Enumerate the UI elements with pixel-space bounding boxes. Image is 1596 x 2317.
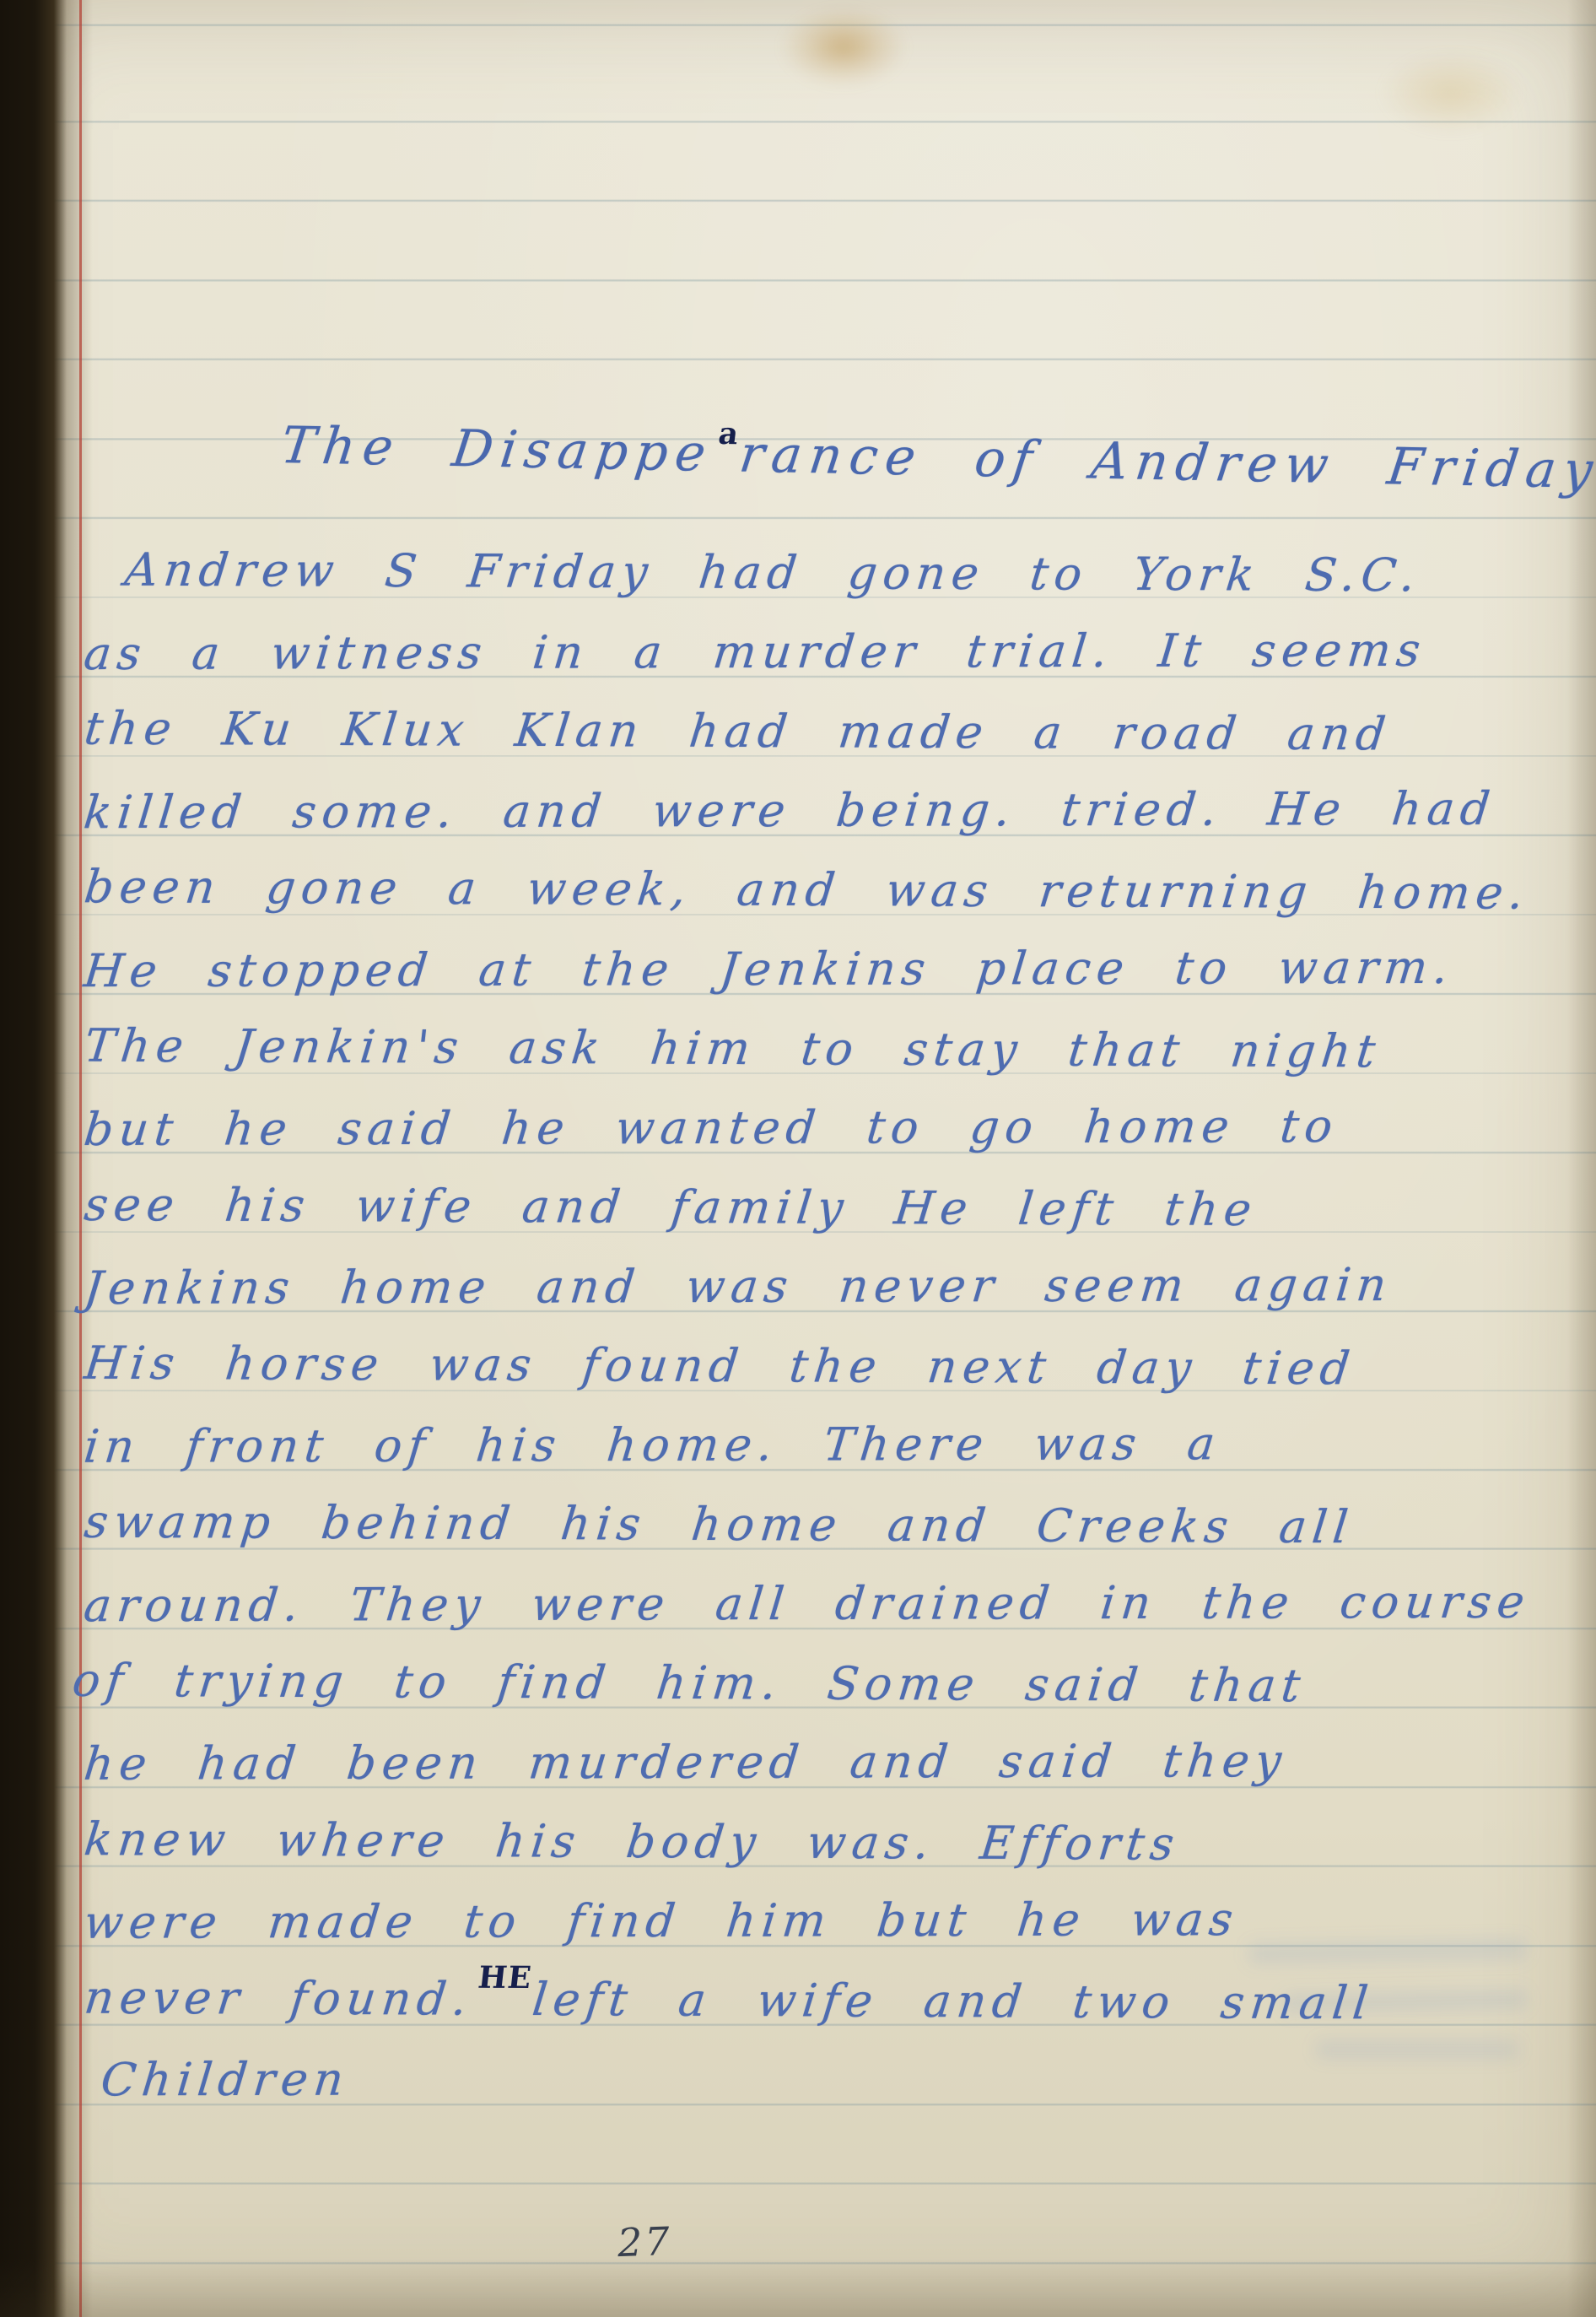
handwritten-line: Children (99, 2057, 351, 2104)
handwritten-line: He stopped at the Jenkins place to warm. (82, 945, 1456, 994)
red-margin-line (79, 0, 82, 2317)
handwritten-line: killed some. and were being. tried. He h… (82, 786, 1498, 835)
handwriting-segment: He stopped at the Jenkins place to warm. (82, 941, 1457, 997)
handwritten-line: in front of his home. There was a (82, 1421, 1223, 1470)
handwritten-line: been gone a week, and was returning home… (82, 864, 1531, 915)
handwritten-line: see his wife and family He left the (82, 1182, 1259, 1233)
handwritten-line: His horse was found the next day tied (82, 1341, 1357, 1392)
handwritten-line: around. They were all drained in the cou… (82, 1580, 1533, 1628)
handwriting-segment: Jenkins home and was never seem again (82, 1258, 1395, 1315)
notebook-page: The Disappearance of Andrew Friday Andre… (0, 0, 1596, 2317)
handwriting-segment: in front of his home. There was a (82, 1417, 1224, 1473)
inserted-correction: HE (477, 1960, 534, 1996)
handwriting-segment: see his wife and family He left the (82, 1178, 1260, 1236)
inserted-correction: a (716, 416, 741, 451)
handwritten-line: The Jenkin's ask him to stay that night (82, 1023, 1383, 1075)
page-edge-shadow (0, 2258, 1596, 2317)
handwritten-line: as a witness in a murder trial. It seems (82, 628, 1428, 677)
handwritten-line: Andrew S Friday had gone to York S.C. (122, 548, 1423, 599)
handwriting-segment: of trying to find him. Some said that (70, 1654, 1309, 1712)
handwriting-segment: as a witness in a murder trial. It seems (82, 624, 1429, 680)
paper-stain (780, 7, 907, 87)
paper-stain (1350, 34, 1552, 152)
handwritten-line: but he said he wanted to go home to (82, 1104, 1340, 1153)
handwritten-line: knew where his body was. Efforts (82, 1817, 1182, 1867)
handwriting-segment: The Jenkin's ask him to stay that night (82, 1019, 1383, 1078)
handwriting-segment: left a wife and two small (530, 1973, 1376, 2029)
handwritten-line: Jenkins home and was never seem again (82, 1262, 1394, 1311)
handwritten-line: the Ku Klux Klan had made a road and (82, 706, 1394, 758)
handwriting-segment: Andrew S Friday had gone to York S.C. (122, 543, 1424, 602)
handwriting-segment: killed some. and were being. tried. He h… (82, 782, 1499, 839)
handwriting-segment: around. They were all drained in the cou… (82, 1575, 1533, 1632)
page-number: 27 (617, 2218, 672, 2266)
handwriting-segment: The Disappe (278, 416, 716, 483)
ink-bleed-through (1316, 2040, 1518, 2059)
ruled-lines (0, 0, 1596, 2317)
handwriting-segment: Children (99, 2053, 352, 2107)
handwriting-segment: but he said he wanted to go home to (82, 1099, 1341, 1156)
handwritten-line: swamp behind his home and Creeks all (82, 1499, 1356, 1551)
handwriting-segment: he had been murdered and said they (82, 1734, 1290, 1790)
handwriting-segment: His horse was found the next day tied (82, 1337, 1358, 1396)
handwriting-segment: knew where his body was. Efforts (82, 1812, 1183, 1871)
handwriting-segment: been gone a week, and was returning home… (82, 860, 1532, 919)
handwriting-segment: the Ku Klux Klan had made a road and (82, 702, 1394, 761)
page-edge-shadow (1567, 0, 1596, 2317)
handwritten-line: were made to find him but he was (82, 1897, 1241, 1946)
handwriting-segment: swamp behind his home and Creeks all (82, 1495, 1356, 1554)
handwriting-segment: never found. (82, 1971, 476, 2026)
handwritten-line: never found.HEleft a wife and two small (82, 1975, 1376, 2027)
handwritten-line: of trying to find him. Some said that (70, 1658, 1308, 1709)
handwriting-segment: were made to find him but he was (82, 1893, 1242, 1949)
handwritten-line: he had been murdered and said they (82, 1738, 1289, 1787)
